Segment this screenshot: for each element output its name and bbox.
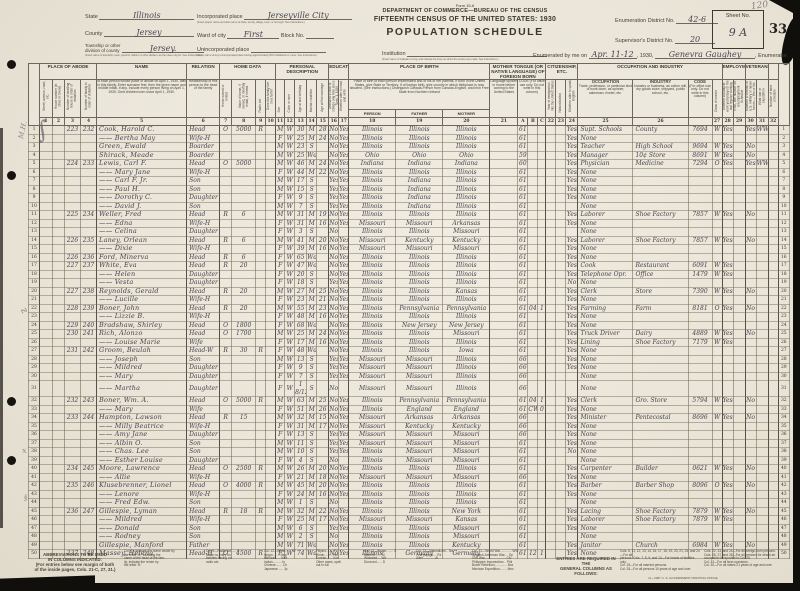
- cell: [546, 439, 556, 448]
- cell: 9694: [688, 143, 712, 152]
- cell: Illinois: [349, 262, 396, 271]
- header-group-row: PLACE OF ABODENAMERELATIONHOME DATAPERSO…: [29, 64, 790, 80]
- line-number-left: 9: [29, 194, 40, 203]
- cell: M: [276, 160, 285, 169]
- cell: [490, 507, 518, 516]
- cell: [688, 431, 712, 440]
- cell: No: [566, 279, 578, 288]
- cell: None: [578, 245, 633, 254]
- cell: Kansas: [443, 287, 490, 296]
- cell: [317, 228, 329, 237]
- column-header: Class of worker: [712, 80, 722, 118]
- cell: [768, 507, 778, 516]
- cell: [220, 431, 232, 440]
- cell: [266, 431, 276, 440]
- cell: [81, 134, 97, 143]
- cell: [556, 541, 566, 550]
- cell: Yes: [339, 321, 349, 330]
- cell: 32: [295, 507, 307, 516]
- cell: [490, 473, 518, 482]
- cell: [528, 414, 538, 423]
- cell: 66: [518, 422, 528, 431]
- line-number-left: 29: [29, 364, 40, 373]
- cell: [256, 372, 266, 381]
- cell: Illinois: [443, 296, 490, 305]
- line-number-right: 20: [778, 287, 789, 296]
- cell: O: [712, 482, 722, 491]
- table-row: 20227238Reynolds, GeraldHeadR20MW27M25No…: [29, 287, 790, 296]
- cell: W: [285, 422, 295, 431]
- cell: [256, 355, 266, 364]
- cell: [53, 414, 65, 423]
- cell: Yes: [722, 482, 733, 491]
- cell: [546, 414, 556, 423]
- cell: [256, 321, 266, 330]
- cell: [220, 456, 232, 465]
- cell: [733, 177, 745, 186]
- cell: Yes: [566, 185, 578, 194]
- cell: 61: [518, 143, 528, 152]
- cell: [688, 439, 712, 448]
- cell: [745, 338, 756, 347]
- column-header: House number (in cities or towns): [53, 80, 65, 118]
- cell: [768, 151, 778, 160]
- cell: [688, 355, 712, 364]
- cell: [768, 287, 778, 296]
- table-row: 25230241Rich, AlonzoHeadO1700MW25M24NoYe…: [29, 330, 790, 339]
- cell: [633, 253, 688, 262]
- cell: Yes: [339, 185, 349, 194]
- cell: [566, 499, 578, 508]
- cell: [81, 143, 97, 152]
- cell: [745, 490, 756, 499]
- cell: High School: [633, 143, 688, 152]
- cell: [546, 177, 556, 186]
- cell: Illinois: [443, 177, 490, 186]
- cell: None: [578, 422, 633, 431]
- cell: [220, 499, 232, 508]
- column-header: Whether actually at work yesterday (or t…: [722, 80, 733, 118]
- column-number: B: [528, 118, 538, 126]
- cell: [633, 524, 688, 533]
- cell: [53, 194, 65, 203]
- cell: No: [745, 211, 756, 220]
- cell: Groom, Beulah: [97, 347, 187, 356]
- cell: Ohio: [443, 151, 490, 160]
- cell: [256, 516, 266, 525]
- cell: [266, 304, 276, 313]
- field-county: County Jersey: [85, 29, 194, 37]
- cell: Yes: [566, 405, 578, 414]
- column-header: INDUSTRYIndustry or business, as cotton …: [633, 80, 688, 118]
- line-number-left: 27: [29, 347, 40, 356]
- cell: [232, 279, 256, 288]
- incorporated-note: (Insert proper name and also name of cla…: [197, 20, 367, 24]
- cell: Illinois: [349, 397, 396, 406]
- cell: 16: [317, 338, 329, 347]
- cell: [733, 253, 745, 262]
- table-row: 37—— Albin O.SonMW11SYesYesMissouriMisso…: [29, 439, 790, 448]
- cell: [733, 338, 745, 347]
- cell: [768, 473, 778, 482]
- cell: [688, 499, 712, 508]
- cell: [256, 228, 266, 237]
- cell: [220, 524, 232, 533]
- cell: 68: [295, 321, 307, 330]
- line-number-right: 7: [778, 177, 789, 186]
- cell: [556, 507, 566, 516]
- footer-abbreviation-block: ENTRIES ARE REQUIRED IN THE GENERAL COLU…: [556, 556, 616, 576]
- cell: Yes: [339, 126, 349, 135]
- cell: [538, 414, 546, 423]
- cell: [220, 473, 232, 482]
- cell: Kentucky: [443, 422, 490, 431]
- cell: Yes: [566, 364, 578, 373]
- cell: Yes: [329, 431, 339, 440]
- cell: Barber: [578, 482, 633, 491]
- cell: [688, 279, 712, 288]
- cell: 61: [518, 524, 528, 533]
- cell: —— Donald: [97, 524, 187, 533]
- cell: [633, 456, 688, 465]
- cell: Yes: [566, 473, 578, 482]
- cell: W: [285, 177, 295, 186]
- cell: 233: [81, 160, 97, 169]
- line-number-right: 35: [778, 422, 789, 431]
- cell: [756, 253, 768, 262]
- cell: [733, 202, 745, 211]
- cell: Boner, Wm. A.: [97, 397, 187, 406]
- line-number-right: 6: [778, 168, 789, 177]
- cell: [768, 372, 778, 381]
- cell: [490, 355, 518, 364]
- cell: [688, 313, 712, 322]
- cell: [688, 202, 712, 211]
- cell: [266, 177, 276, 186]
- line-number-right: 34: [778, 414, 789, 423]
- cell: 6: [232, 211, 256, 220]
- cell: Illinois: [443, 338, 490, 347]
- cell: [256, 364, 266, 373]
- cell: [556, 296, 566, 305]
- cell: Yes: [566, 245, 578, 254]
- cell: Office: [633, 270, 688, 279]
- cell: [768, 245, 778, 254]
- line-number-left: 12: [29, 219, 40, 228]
- incorporated-value: Jerseyville City: [268, 11, 329, 20]
- cell: [65, 219, 81, 228]
- cell: [81, 439, 97, 448]
- cell: 17: [295, 338, 307, 347]
- cell: W: [712, 330, 722, 339]
- cell: W: [285, 381, 295, 397]
- cell: [490, 262, 518, 271]
- cell: [256, 262, 266, 271]
- cell: Yes: [329, 202, 339, 211]
- cell: None: [578, 321, 633, 330]
- cell: [40, 194, 53, 203]
- cell: Shoe Factory: [633, 507, 688, 516]
- cell: [538, 143, 546, 152]
- cell: [490, 338, 518, 347]
- birthplace-sub-header: FATHER: [396, 110, 443, 118]
- county-label: County: [85, 31, 102, 37]
- cell: [40, 507, 53, 516]
- cell: 236: [65, 507, 81, 516]
- cell: Yes: [339, 465, 349, 474]
- cell: [756, 219, 768, 228]
- cell: [556, 304, 566, 313]
- cell: M: [307, 414, 317, 423]
- cell: R: [256, 482, 266, 491]
- cell: Son: [187, 355, 220, 364]
- table-row: 38—— Chas. LeeSonMW10SYesYesIllinoisMiss…: [29, 448, 790, 457]
- cell: [756, 448, 768, 457]
- column-header: If not, line number on Unemployment Sche…: [733, 80, 745, 118]
- cell: [81, 381, 97, 397]
- cell: [81, 194, 97, 203]
- cell: [768, 313, 778, 322]
- cell: 2500: [232, 465, 256, 474]
- cell: 1: [538, 397, 546, 406]
- cell: [490, 185, 518, 194]
- column-number: 10: [266, 118, 276, 126]
- cell: —— Edna: [97, 219, 187, 228]
- cell: [490, 397, 518, 406]
- cell: W: [285, 143, 295, 152]
- cell: S: [307, 194, 317, 203]
- column-header-vertical-label: Year of immigration into the United Stat…: [548, 80, 555, 112]
- cell: W: [285, 296, 295, 305]
- cell: 7694: [688, 126, 712, 135]
- cell: [490, 364, 518, 373]
- cell: [538, 211, 546, 220]
- cell: Wife-H: [187, 168, 220, 177]
- cell: [633, 347, 688, 356]
- cell: Yes: [566, 516, 578, 525]
- cell: 1479: [688, 270, 712, 279]
- cell: None: [578, 431, 633, 440]
- cell: No: [329, 304, 339, 313]
- cell: 55: [295, 304, 307, 313]
- cell: —— Mildred: [97, 516, 187, 525]
- cell: [256, 304, 266, 313]
- cell: [546, 262, 556, 271]
- cell: Illinois: [443, 364, 490, 373]
- cell: [733, 245, 745, 254]
- cell: 65: [295, 253, 307, 262]
- line-number-left: 34: [29, 414, 40, 423]
- column-number: 29: [733, 118, 745, 126]
- line-number-left: 30: [29, 372, 40, 381]
- column-header-vertical-label: Naturalization: [559, 93, 562, 113]
- table-row: 12—— EdnaWife-HFW31M16NoYesMissouriMisso…: [29, 219, 790, 228]
- cell: 17: [295, 177, 307, 186]
- cell: [768, 533, 778, 542]
- cell: [256, 211, 266, 220]
- line-number-right: 36: [778, 431, 789, 440]
- cell: Head: [187, 397, 220, 406]
- cell: [81, 431, 97, 440]
- line-number-right: 4: [778, 151, 789, 160]
- line-number-left: 45: [29, 507, 40, 516]
- cell: [633, 448, 688, 457]
- cell: [633, 228, 688, 237]
- cell: Missouri: [396, 439, 443, 448]
- cell: [220, 185, 232, 194]
- cell: W: [712, 338, 722, 347]
- cell: M: [307, 287, 317, 296]
- cell: Head: [187, 465, 220, 474]
- cell: [712, 405, 722, 414]
- cell: [317, 524, 329, 533]
- cell: Cook, Harold C.: [97, 126, 187, 135]
- cell: [556, 338, 566, 347]
- column-number: 24: [566, 118, 578, 126]
- cell: Barber Shop: [633, 482, 688, 491]
- cell: 19: [317, 211, 329, 220]
- cell: 25: [317, 397, 329, 406]
- cell: [768, 422, 778, 431]
- cell: [733, 347, 745, 356]
- cell: [712, 499, 722, 508]
- cell: [317, 381, 329, 397]
- cell: [232, 143, 256, 152]
- line-number-right: 21: [778, 296, 789, 305]
- cell: [266, 262, 276, 271]
- cell: 20: [317, 482, 329, 491]
- cell: [317, 456, 329, 465]
- cell: Illinois: [443, 211, 490, 220]
- line-number-right: 13: [778, 228, 789, 237]
- cell: Illinois: [396, 524, 443, 533]
- cell: 224: [65, 160, 81, 169]
- line-number-right: 10: [778, 202, 789, 211]
- cell: None: [578, 439, 633, 448]
- cell: Yes: [339, 279, 349, 288]
- cell: Illinois: [443, 372, 490, 381]
- cell: Missouri: [349, 473, 396, 482]
- cell: Illinois: [396, 134, 443, 143]
- cell: [745, 296, 756, 305]
- cell: [733, 194, 745, 203]
- field-state: State Illinois: [85, 12, 194, 20]
- cell: [490, 168, 518, 177]
- cell: 61: [518, 321, 528, 330]
- cell: 20: [232, 304, 256, 313]
- cell: O: [712, 304, 722, 313]
- cell: W: [285, 482, 295, 491]
- cell: [688, 381, 712, 397]
- cell: [546, 482, 556, 491]
- cell: Illinois: [349, 490, 396, 499]
- cell: No: [329, 347, 339, 356]
- cell: None: [578, 364, 633, 373]
- cell: [317, 533, 329, 542]
- cell: [556, 160, 566, 169]
- cell: 6: [232, 236, 256, 245]
- cell: Missouri: [396, 219, 443, 228]
- cell: Illinois: [349, 279, 396, 288]
- line-number-left: 20: [29, 287, 40, 296]
- cell: R: [256, 347, 266, 356]
- cell: W: [712, 143, 722, 152]
- table-row: 1223232Cook, Harold C.HeadO5000RMW30M28N…: [29, 126, 790, 135]
- cell: Indiana: [396, 194, 443, 203]
- cell: Yes: [722, 143, 733, 152]
- cell: [768, 355, 778, 364]
- cell: Head: [187, 304, 220, 313]
- cell: [81, 279, 97, 288]
- cell: [53, 236, 65, 245]
- cell: [528, 364, 538, 373]
- cell: Yes: [339, 397, 349, 406]
- cell: 230: [65, 330, 81, 339]
- table-row: 10—— David J.SonMW7SYesYesIllinoisIndian…: [29, 202, 790, 211]
- column-group-header: [778, 64, 789, 126]
- cell: [745, 439, 756, 448]
- cell: [490, 516, 518, 525]
- cell: Gro. Store: [633, 397, 688, 406]
- cell: Supt. Schools: [578, 126, 633, 135]
- cell: [722, 347, 733, 356]
- cell: [538, 134, 546, 143]
- cell: [756, 151, 768, 160]
- cell: [768, 482, 778, 491]
- cell: [768, 219, 778, 228]
- cell: [339, 381, 349, 397]
- cell: No: [745, 236, 756, 245]
- cell: [633, 177, 688, 186]
- cell: [317, 185, 329, 194]
- cell: W: [285, 185, 295, 194]
- cell: Missouri: [396, 245, 443, 254]
- column-number: 22: [546, 118, 556, 126]
- cell: Yes: [329, 355, 339, 364]
- column-group-header: CITIZENSHIP, ETC.: [546, 64, 578, 80]
- cell: Yes: [339, 168, 349, 177]
- cell: Iowa: [443, 347, 490, 356]
- cell: Illinois: [396, 490, 443, 499]
- cell: Yes: [339, 347, 349, 356]
- cell: [232, 296, 256, 305]
- cell: [733, 516, 745, 525]
- cell: 7879: [688, 516, 712, 525]
- cell: [266, 126, 276, 135]
- cell: [220, 245, 232, 254]
- cell: —— Esther Louise: [97, 456, 187, 465]
- cell: [688, 228, 712, 237]
- cell: 61: [518, 228, 528, 237]
- cell: W: [712, 126, 722, 135]
- cell: [40, 177, 53, 186]
- cell: [490, 330, 518, 339]
- cell: No: [329, 245, 339, 254]
- cell: [317, 143, 329, 152]
- cell: Restaurant: [633, 262, 688, 271]
- cell: [688, 253, 712, 262]
- cell: [546, 126, 556, 135]
- field-enumeration-district: Enumeration District No. 42-6: [615, 16, 718, 24]
- cell: [528, 126, 538, 135]
- column-header: Home owned or rented: [220, 80, 232, 118]
- cell: [490, 134, 518, 143]
- cell: 5000: [232, 160, 256, 169]
- cell: Reynolds, Gerald: [97, 287, 187, 296]
- cell: 18: [317, 473, 329, 482]
- cell: [266, 338, 276, 347]
- cell: [538, 439, 546, 448]
